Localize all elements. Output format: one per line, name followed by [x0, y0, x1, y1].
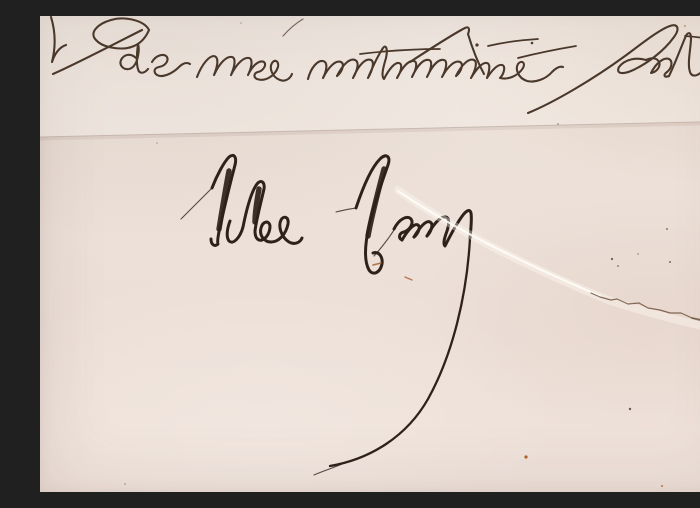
handwriting-artwork [40, 16, 700, 492]
signature-jules-ferry [181, 155, 471, 475]
crease-tear [398, 190, 700, 352]
letter-scan: Scanned fragment of a handwritten letter… [40, 16, 700, 492]
fold-crease [40, 16, 700, 139]
